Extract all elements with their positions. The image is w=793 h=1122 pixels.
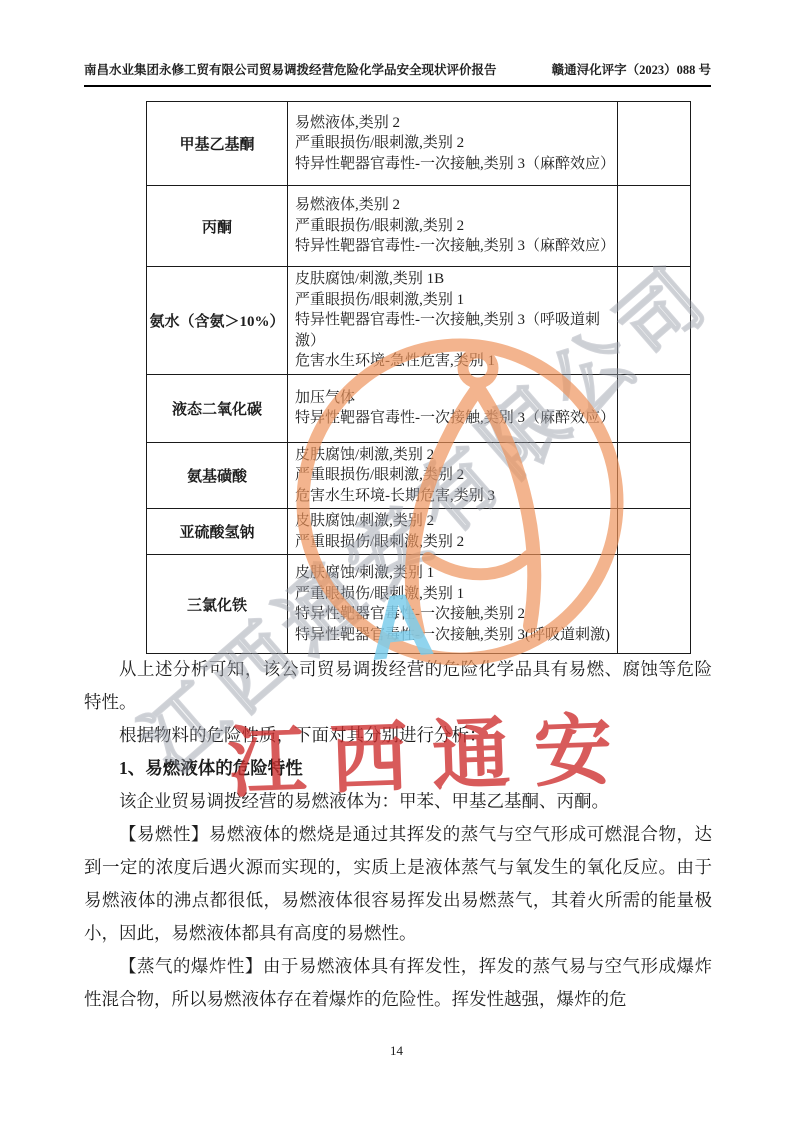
chemical-name-cell: 氨水（含氨＞10%）	[147, 267, 288, 375]
table-row: 氨水（含氨＞10%）皮肤腐蚀/刺激,类别 1B严重眼损伤/眼刺激,类别 1特异性…	[147, 267, 691, 375]
hazard-line: 严重眼损伤/眼刺激,类别 2	[295, 216, 613, 237]
hazard-classification-cell: 皮肤腐蚀/刺激,类别 2严重眼损伤/眼刺激,类别 2	[288, 509, 618, 555]
paragraph: 【易燃性】易燃液体的燃烧是通过其挥发的蒸气与空气形成可燃混合物，达到一定的浓度后…	[84, 818, 712, 950]
hazard-line: 严重眼损伤/眼刺激,类别 1	[295, 290, 613, 311]
hazard-line: 皮肤腐蚀/刺激,类别 2	[295, 511, 613, 532]
document-page: 南昌水业集团永修工贸有限公司贸易调拨经营危险化学品安全现状评价报告 赣通浔化评字…	[0, 0, 793, 1122]
hazard-line: 严重眼损伤/眼刺激,类别 1	[295, 584, 613, 605]
hazard-line: 严重眼损伤/眼刺激,类别 2	[295, 133, 613, 154]
hazard-line: 皮肤腐蚀/刺激,类别 2	[295, 445, 613, 466]
hazard-line: 特异性靶器官毒性-一次接触,类别 3(呼吸道刺激)	[295, 625, 613, 646]
page-number: 14	[390, 1043, 403, 1058]
hazard-line: 危害水生环境-长期危害,类别 3	[295, 486, 613, 507]
chemical-name-cell: 三氯化铁	[147, 555, 288, 654]
hazard-table: 甲基乙基酮易燃液体,类别 2严重眼损伤/眼刺激,类别 2特异性靶器官毒性-一次接…	[146, 101, 691, 654]
table-row: 丙酮易燃液体,类别 2严重眼损伤/眼刺激,类别 2特异性靶器官毒性-一次接触,类…	[147, 186, 691, 267]
page-header: 南昌水业集团永修工贸有限公司贸易调拨经营危险化学品安全现状评价报告 赣通浔化评字…	[84, 60, 711, 87]
hazard-classification-cell: 加压气体特异性靶器官毒性-一次接触,类别 3（麻醉效应）	[288, 374, 618, 442]
remark-cell	[618, 267, 691, 375]
table-row: 氨基磺酸皮肤腐蚀/刺激,类别 2严重眼损伤/眼刺激,类别 2危害水生环境-长期危…	[147, 442, 691, 509]
header-doc-number: 赣通浔化评字（2023）088 号	[552, 60, 711, 78]
table-row: 亚硫酸氢钠皮肤腐蚀/刺激,类别 2严重眼损伤/眼刺激,类别 2	[147, 509, 691, 555]
hazard-line: 易燃液体,类别 2	[295, 113, 613, 134]
hazard-line: 易燃液体,类别 2	[295, 195, 613, 216]
paragraph: 该企业贸易调拨经营的易燃液体为：甲苯、甲基乙基酮、丙酮。	[84, 785, 712, 818]
section-heading: 1、易燃液体的危险特性	[84, 752, 712, 785]
paragraph: 【蒸气的爆炸性】由于易燃液体具有挥发性，挥发的蒸气易与空气形成爆炸性混合物，所以…	[84, 950, 712, 1016]
header-report-title: 南昌水业集团永修工贸有限公司贸易调拨经营危险化学品安全现状评价报告	[84, 60, 497, 78]
chemical-name-cell: 亚硫酸氢钠	[147, 509, 288, 555]
hazard-line: 严重眼损伤/眼刺激,类别 2	[295, 532, 613, 553]
hazard-classification-cell: 皮肤腐蚀/刺激,类别 1严重眼损伤/眼刺激,类别 1特异性靶器官毒性-一次接触,…	[288, 555, 618, 654]
remark-cell	[618, 509, 691, 555]
table-row: 三氯化铁皮肤腐蚀/刺激,类别 1严重眼损伤/眼刺激,类别 1特异性靶器官毒性-一…	[147, 555, 691, 654]
remark-cell	[618, 186, 691, 267]
hazard-line: 特异性靶器官毒性-一次接触,类别 3（呼吸道刺激）	[295, 310, 613, 351]
hazard-classification-cell: 皮肤腐蚀/刺激,类别 1B严重眼损伤/眼刺激,类别 1特异性靶器官毒性-一次接触…	[288, 267, 618, 375]
hazard-line: 特异性靶器官毒性-一次接触,类别 3（麻醉效应）	[295, 236, 613, 257]
remark-cell	[618, 374, 691, 442]
hazard-classification-cell: 皮肤腐蚀/刺激,类别 2严重眼损伤/眼刺激,类别 2危害水生环境-长期危害,类别…	[288, 442, 618, 509]
body-text: 从上述分析可知，该公司贸易调拨经营的危险化学品具有易燃、腐蚀等危险特性。根据物料…	[84, 653, 712, 1016]
chemical-name-cell: 丙酮	[147, 186, 288, 267]
hazard-classification-cell: 易燃液体,类别 2严重眼损伤/眼刺激,类别 2特异性靶器官毒性-一次接触,类别 …	[288, 102, 618, 186]
remark-cell	[618, 102, 691, 186]
page-footer: 14	[0, 1043, 793, 1059]
table-row: 甲基乙基酮易燃液体,类别 2严重眼损伤/眼刺激,类别 2特异性靶器官毒性-一次接…	[147, 102, 691, 186]
hazard-classification-cell: 易燃液体,类别 2严重眼损伤/眼刺激,类别 2特异性靶器官毒性-一次接触,类别 …	[288, 186, 618, 267]
table-row: 液态二氧化碳加压气体特异性靶器官毒性-一次接触,类别 3（麻醉效应）	[147, 374, 691, 442]
hazard-line: 危害水生环境-急性危害,类别 1	[295, 351, 613, 372]
remark-cell	[618, 442, 691, 509]
hazard-line: 皮肤腐蚀/刺激,类别 1	[295, 563, 613, 584]
hazard-line: 特异性靶器官毒性-一次接触,类别 3（麻醉效应）	[295, 154, 613, 175]
hazard-line: 特异性靶器官毒性-一次接触,类别 2	[295, 604, 613, 625]
hazard-line: 严重眼损伤/眼刺激,类别 2	[295, 465, 613, 486]
hazard-line: 特异性靶器官毒性-一次接触,类别 3（麻醉效应）	[295, 408, 613, 429]
hazard-line: 皮肤腐蚀/刺激,类别 1B	[295, 269, 613, 290]
remark-cell	[618, 555, 691, 654]
paragraph: 从上述分析可知，该公司贸易调拨经营的危险化学品具有易燃、腐蚀等危险特性。	[84, 653, 712, 719]
chemical-name-cell: 液态二氧化碳	[147, 374, 288, 442]
chemical-name-cell: 氨基磺酸	[147, 442, 288, 509]
hazard-line: 加压气体	[295, 388, 613, 409]
paragraph: 根据物料的危险性质，下面对其分别进行分析：	[84, 719, 712, 752]
chemical-name-cell: 甲基乙基酮	[147, 102, 288, 186]
